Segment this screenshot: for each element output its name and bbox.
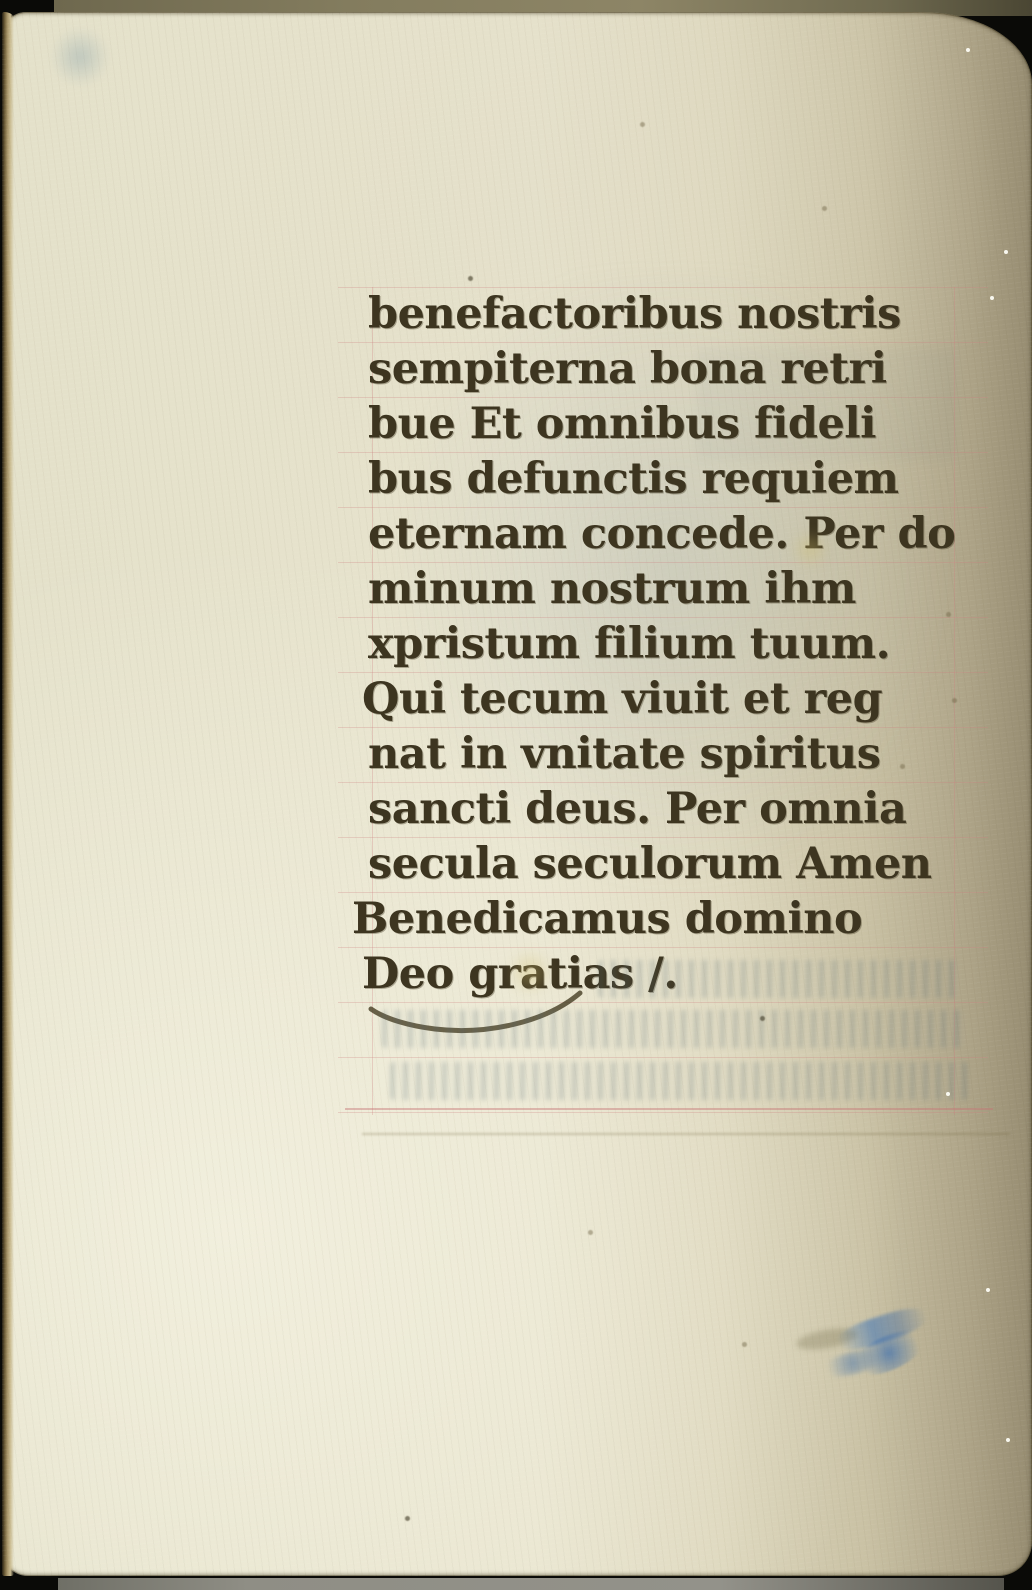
white-speck: [1006, 1438, 1010, 1442]
speck: [900, 764, 905, 769]
text-block: benefactoribus nostris sempiterna bona r…: [368, 287, 984, 1002]
text-line: minum nostrum ihm: [368, 562, 984, 617]
speck: [760, 1016, 765, 1021]
speck: [742, 1342, 747, 1347]
speck: [822, 206, 827, 211]
white-speck: [946, 1092, 950, 1096]
text-line: bus defunctis requiem: [368, 452, 984, 507]
yellow-stain: [505, 950, 555, 995]
text-line: sancti deus. Per omnia: [368, 782, 984, 837]
white-speck: [1004, 250, 1008, 254]
text-line: nat in vnitate spiritus: [368, 727, 984, 782]
speck: [588, 1230, 593, 1235]
text-line: xpristum filium tuum.: [368, 617, 984, 672]
text-line: Qui tecum viuit et reg: [362, 672, 984, 727]
speck: [946, 612, 951, 617]
text-line: eternam concede. Per do: [368, 507, 984, 562]
text-line: sempiterna bona retri: [368, 342, 984, 397]
speck: [640, 122, 645, 127]
ruling-line-bottom: [345, 1108, 993, 1110]
parchment-crease: [362, 1133, 1010, 1135]
text-line: Benedicamus domino: [352, 892, 984, 947]
faint-blue-smudge: [52, 26, 108, 88]
text-line: benefactoribus nostris: [368, 287, 984, 342]
yellow-stain: [790, 530, 830, 568]
white-speck: [986, 1288, 990, 1292]
scanner-strip-bottom: [58, 1578, 1004, 1590]
showthrough-text-band: [382, 1010, 966, 1048]
speck: [468, 276, 473, 281]
speck: [405, 1516, 410, 1521]
text-line: secula seculorum Amen: [368, 837, 984, 892]
white-speck: [966, 48, 970, 52]
manuscript-scan: benefactoribus nostris sempiterna bona r…: [0, 0, 1032, 1590]
white-speck: [990, 296, 994, 300]
text-line: bue Et omnibus fideli: [368, 397, 984, 452]
showthrough-text-band: [598, 960, 960, 998]
showthrough-text-band: [390, 1062, 968, 1100]
speck: [952, 698, 957, 703]
